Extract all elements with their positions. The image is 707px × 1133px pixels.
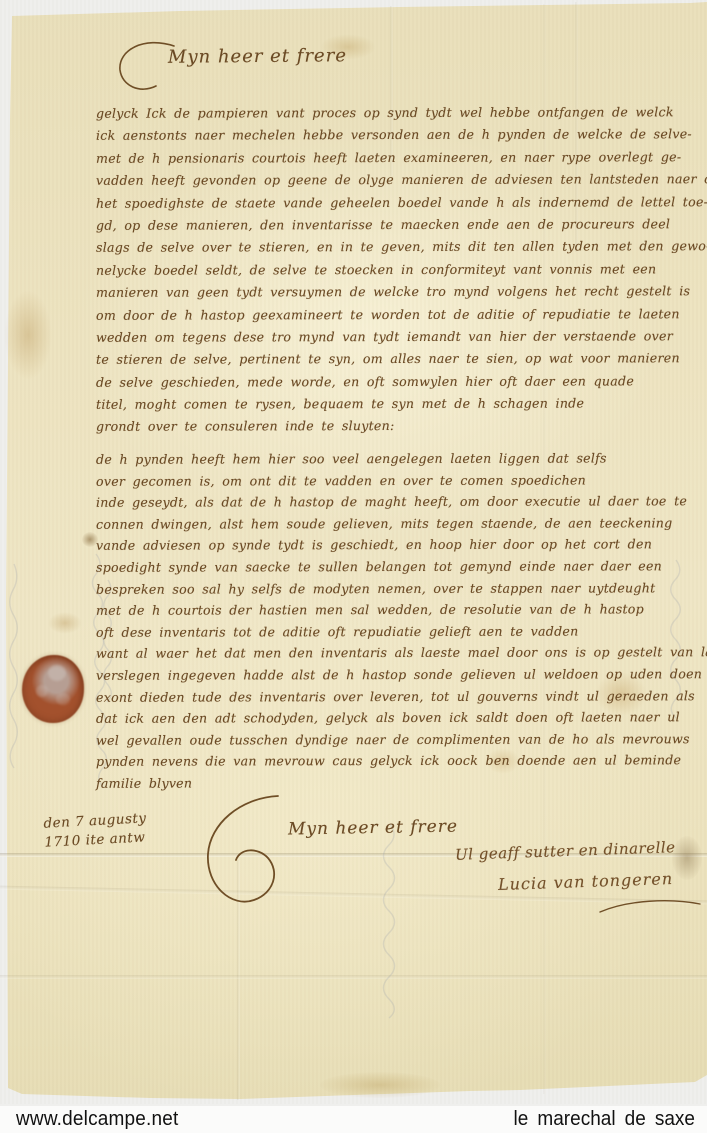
letter-line: spoedight synde van saecke te sullen bel… — [96, 555, 700, 578]
signature-underline-flourish — [598, 896, 702, 916]
letter-line: want al waer het dat men den inventaris … — [96, 642, 700, 665]
letter-line: ick aenstonts naer mechelen hebbe verson… — [96, 124, 700, 148]
letter-line: met de h pensionaris courtois heeft laet… — [96, 146, 700, 170]
show-through-writing — [4, 560, 26, 770]
letter-line: gd, op dese manieren, den inventarisse t… — [96, 213, 700, 237]
letter-line: slags de selve over te stieren, en in te… — [96, 236, 700, 260]
letter-line: dat ick aen den adt schodyden, gelyck al… — [96, 706, 700, 729]
letter-line: pynden nevens die van mevrouw caus gelyc… — [96, 750, 700, 773]
body-paragraph-2: de h pynden heeft hem hier soo veel aeng… — [96, 448, 700, 794]
letter-line: vande adviesen op synde tydt is geschied… — [96, 534, 700, 557]
letter-line: familie blyven — [96, 771, 700, 794]
letter-line: oft dese inventaris tot de aditie oft re… — [96, 620, 700, 643]
scanned-letter: Myn heer et frere gelyck Ick de pampiere… — [0, 0, 707, 1133]
letter-line: wel gevallen oude tusschen dyndige naer … — [96, 728, 700, 751]
wax-seal — [22, 655, 84, 723]
paraph-flourish — [198, 790, 288, 912]
letter-line: wedden om tegens dese tro mynd van tydt … — [96, 325, 700, 349]
salutation: Myn heer et frere — [168, 45, 347, 68]
letter-line: connen dwingen, alst hem soude gelieven,… — [96, 512, 700, 535]
letter-line: de selve geschieden, mede worde, en oft … — [96, 370, 700, 394]
dateline: den 7 augusty 1710 ite antw — [43, 809, 148, 852]
watermark-bar: www.delcampe.net le marechal de saxe — [0, 1106, 707, 1133]
letter-line: titel, moght comen te rysen, bequaem te … — [96, 392, 700, 416]
show-through-writing — [350, 820, 420, 1020]
letter-line: inde geseydt, als dat de h hastop de mag… — [96, 490, 700, 513]
closing-salutation: Myn heer et frere — [288, 817, 458, 840]
salutation-swash — [110, 36, 182, 100]
letter-line: verslegen ingegeven hadde alst de h hast… — [96, 663, 700, 686]
letter-line: nelycke boedel seldt, de selve te stoeck… — [96, 258, 700, 282]
letter-line: grondt over te consuleren inde te sluyte… — [96, 415, 700, 439]
letter-line: om door de h hastop geexamineert te word… — [96, 303, 700, 327]
letter-line: het spoedighste de staete vande geheelen… — [96, 191, 700, 215]
letter-line: de h pynden heeft hem hier soo veel aeng… — [96, 447, 700, 470]
letter-line: bespreken soo sal hy selfs de modyten ne… — [96, 577, 700, 600]
letter-line: met de h courtois der hastien men sal we… — [96, 598, 700, 621]
letter-line: exont dieden tude des inventaris over le… — [96, 685, 700, 708]
watermark-site-url: www.delcampe.net — [16, 1108, 179, 1131]
letter-line: te stieren de selve, pertinent te syn, o… — [96, 348, 700, 372]
letter-line: gelyck Ick de pampieren vant proces op s… — [96, 101, 700, 125]
body-paragraph-1: gelyck Ick de pampieren vant proces op s… — [96, 102, 700, 438]
letter-line: vadden heeft gevonden op geene de olyge … — [96, 168, 700, 192]
letter-line: over gecomen is, om ont dit te vadden en… — [96, 469, 700, 492]
letter-line: manieren van geen tydt versuymen de welc… — [96, 280, 700, 304]
watermark-caption: le marechal de saxe — [514, 1108, 695, 1131]
